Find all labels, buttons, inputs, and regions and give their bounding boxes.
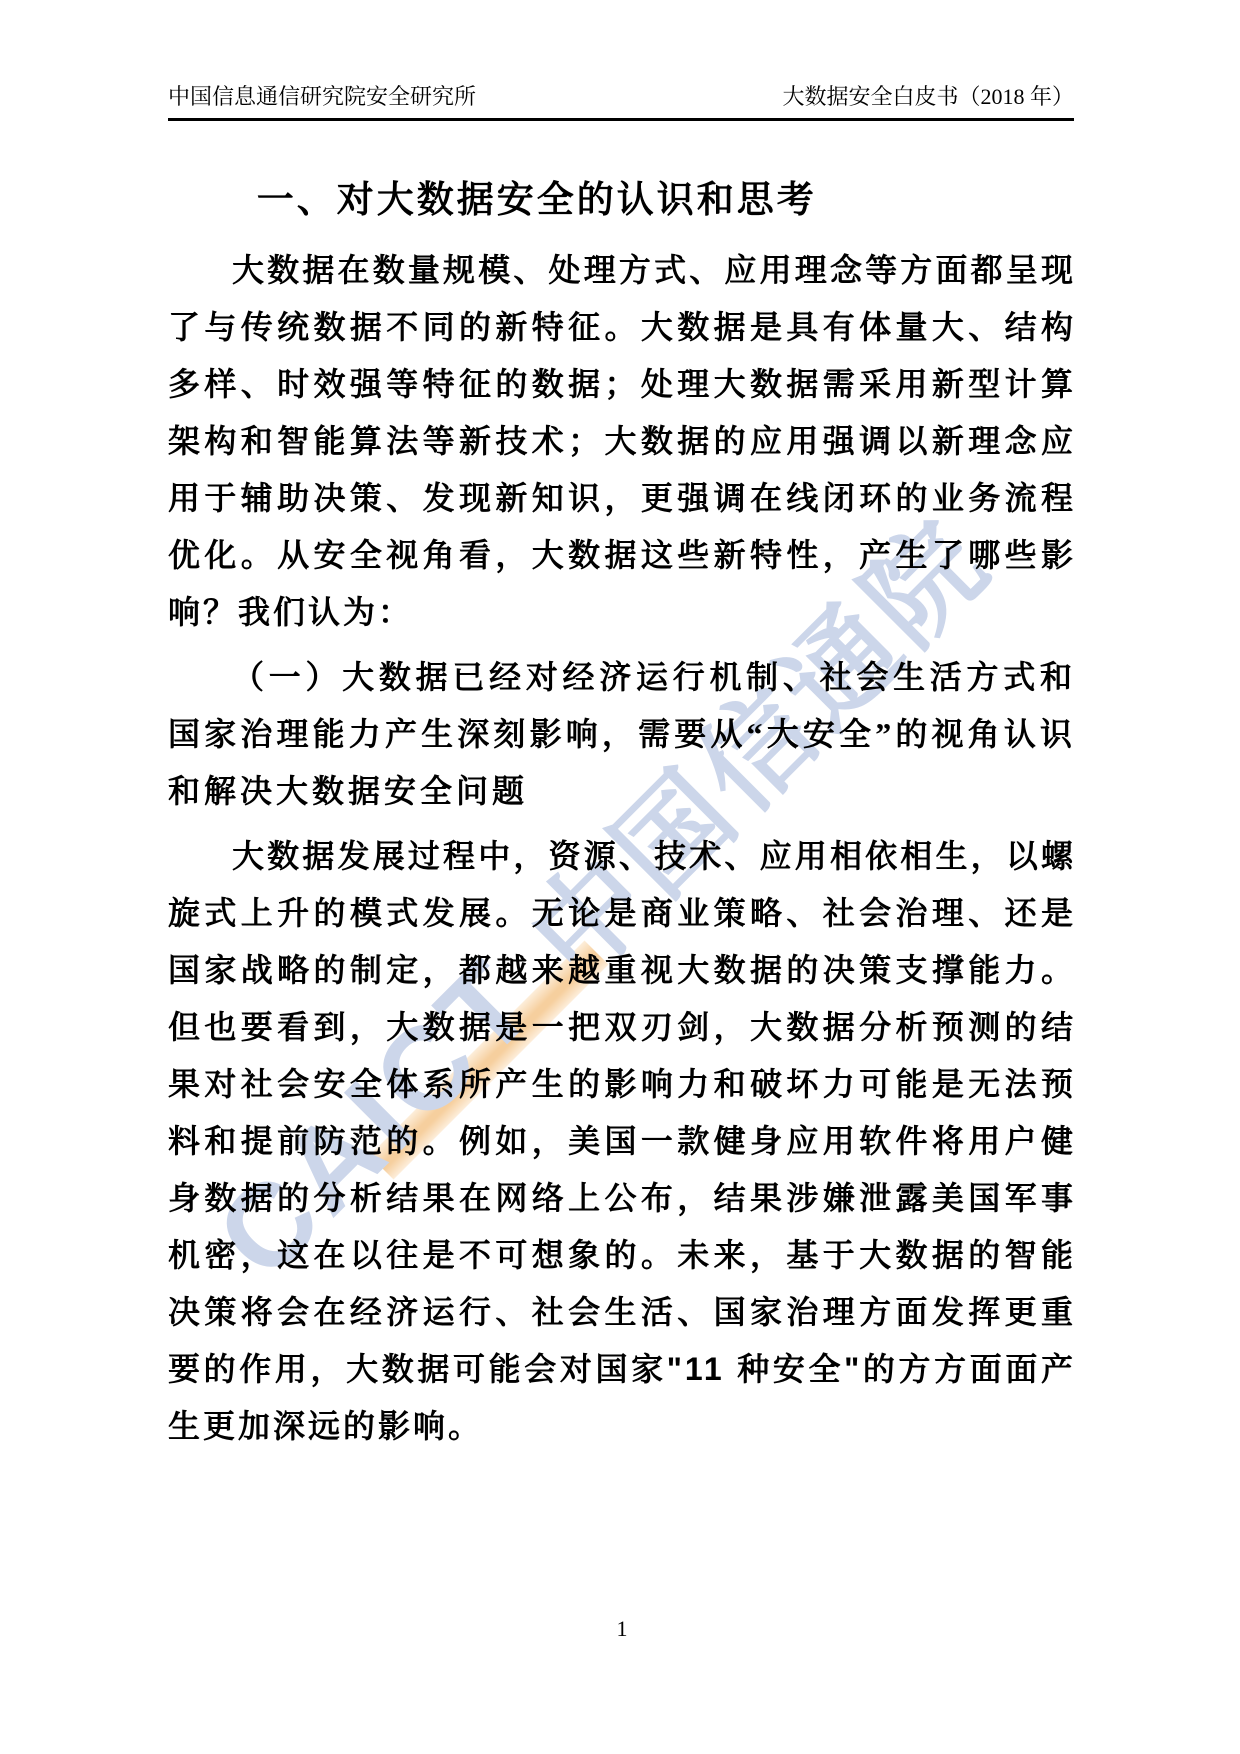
page-body: 一、对大数据安全的认识和思考 大数据在数量规模、处理方式、应用理念等方面都呈现了… [168,170,1076,1455]
header-left-text: 中国信息通信研究院安全研究所 [168,80,476,111]
document-page: CAICT 中国信通院 中国信息通信研究院安全研究所 大数据安全白皮书（2018… [0,0,1240,1754]
paragraph-2: 大数据发展过程中，资源、技术、应用相依相生，以螺旋式上升的模式发展。无论是商业策… [168,828,1076,1455]
section-title: 一、对大数据安全的认识和思考 [168,170,1076,230]
subsection-heading: （一）大数据已经对经济运行机制、社会生活方式和国家治理能力产生深刻影响，需要从“… [168,649,1076,820]
paragraph-1: 大数据在数量规模、处理方式、应用理念等方面都呈现了与传统数据不同的新特征。大数据… [168,242,1076,641]
page-number: 1 [617,1616,628,1641]
page-footer: 1 [168,1616,1076,1642]
page-header: 中国信息通信研究院安全研究所 大数据安全白皮书（2018 年） [168,80,1074,121]
header-right-text: 大数据安全白皮书（2018 年） [782,80,1074,111]
